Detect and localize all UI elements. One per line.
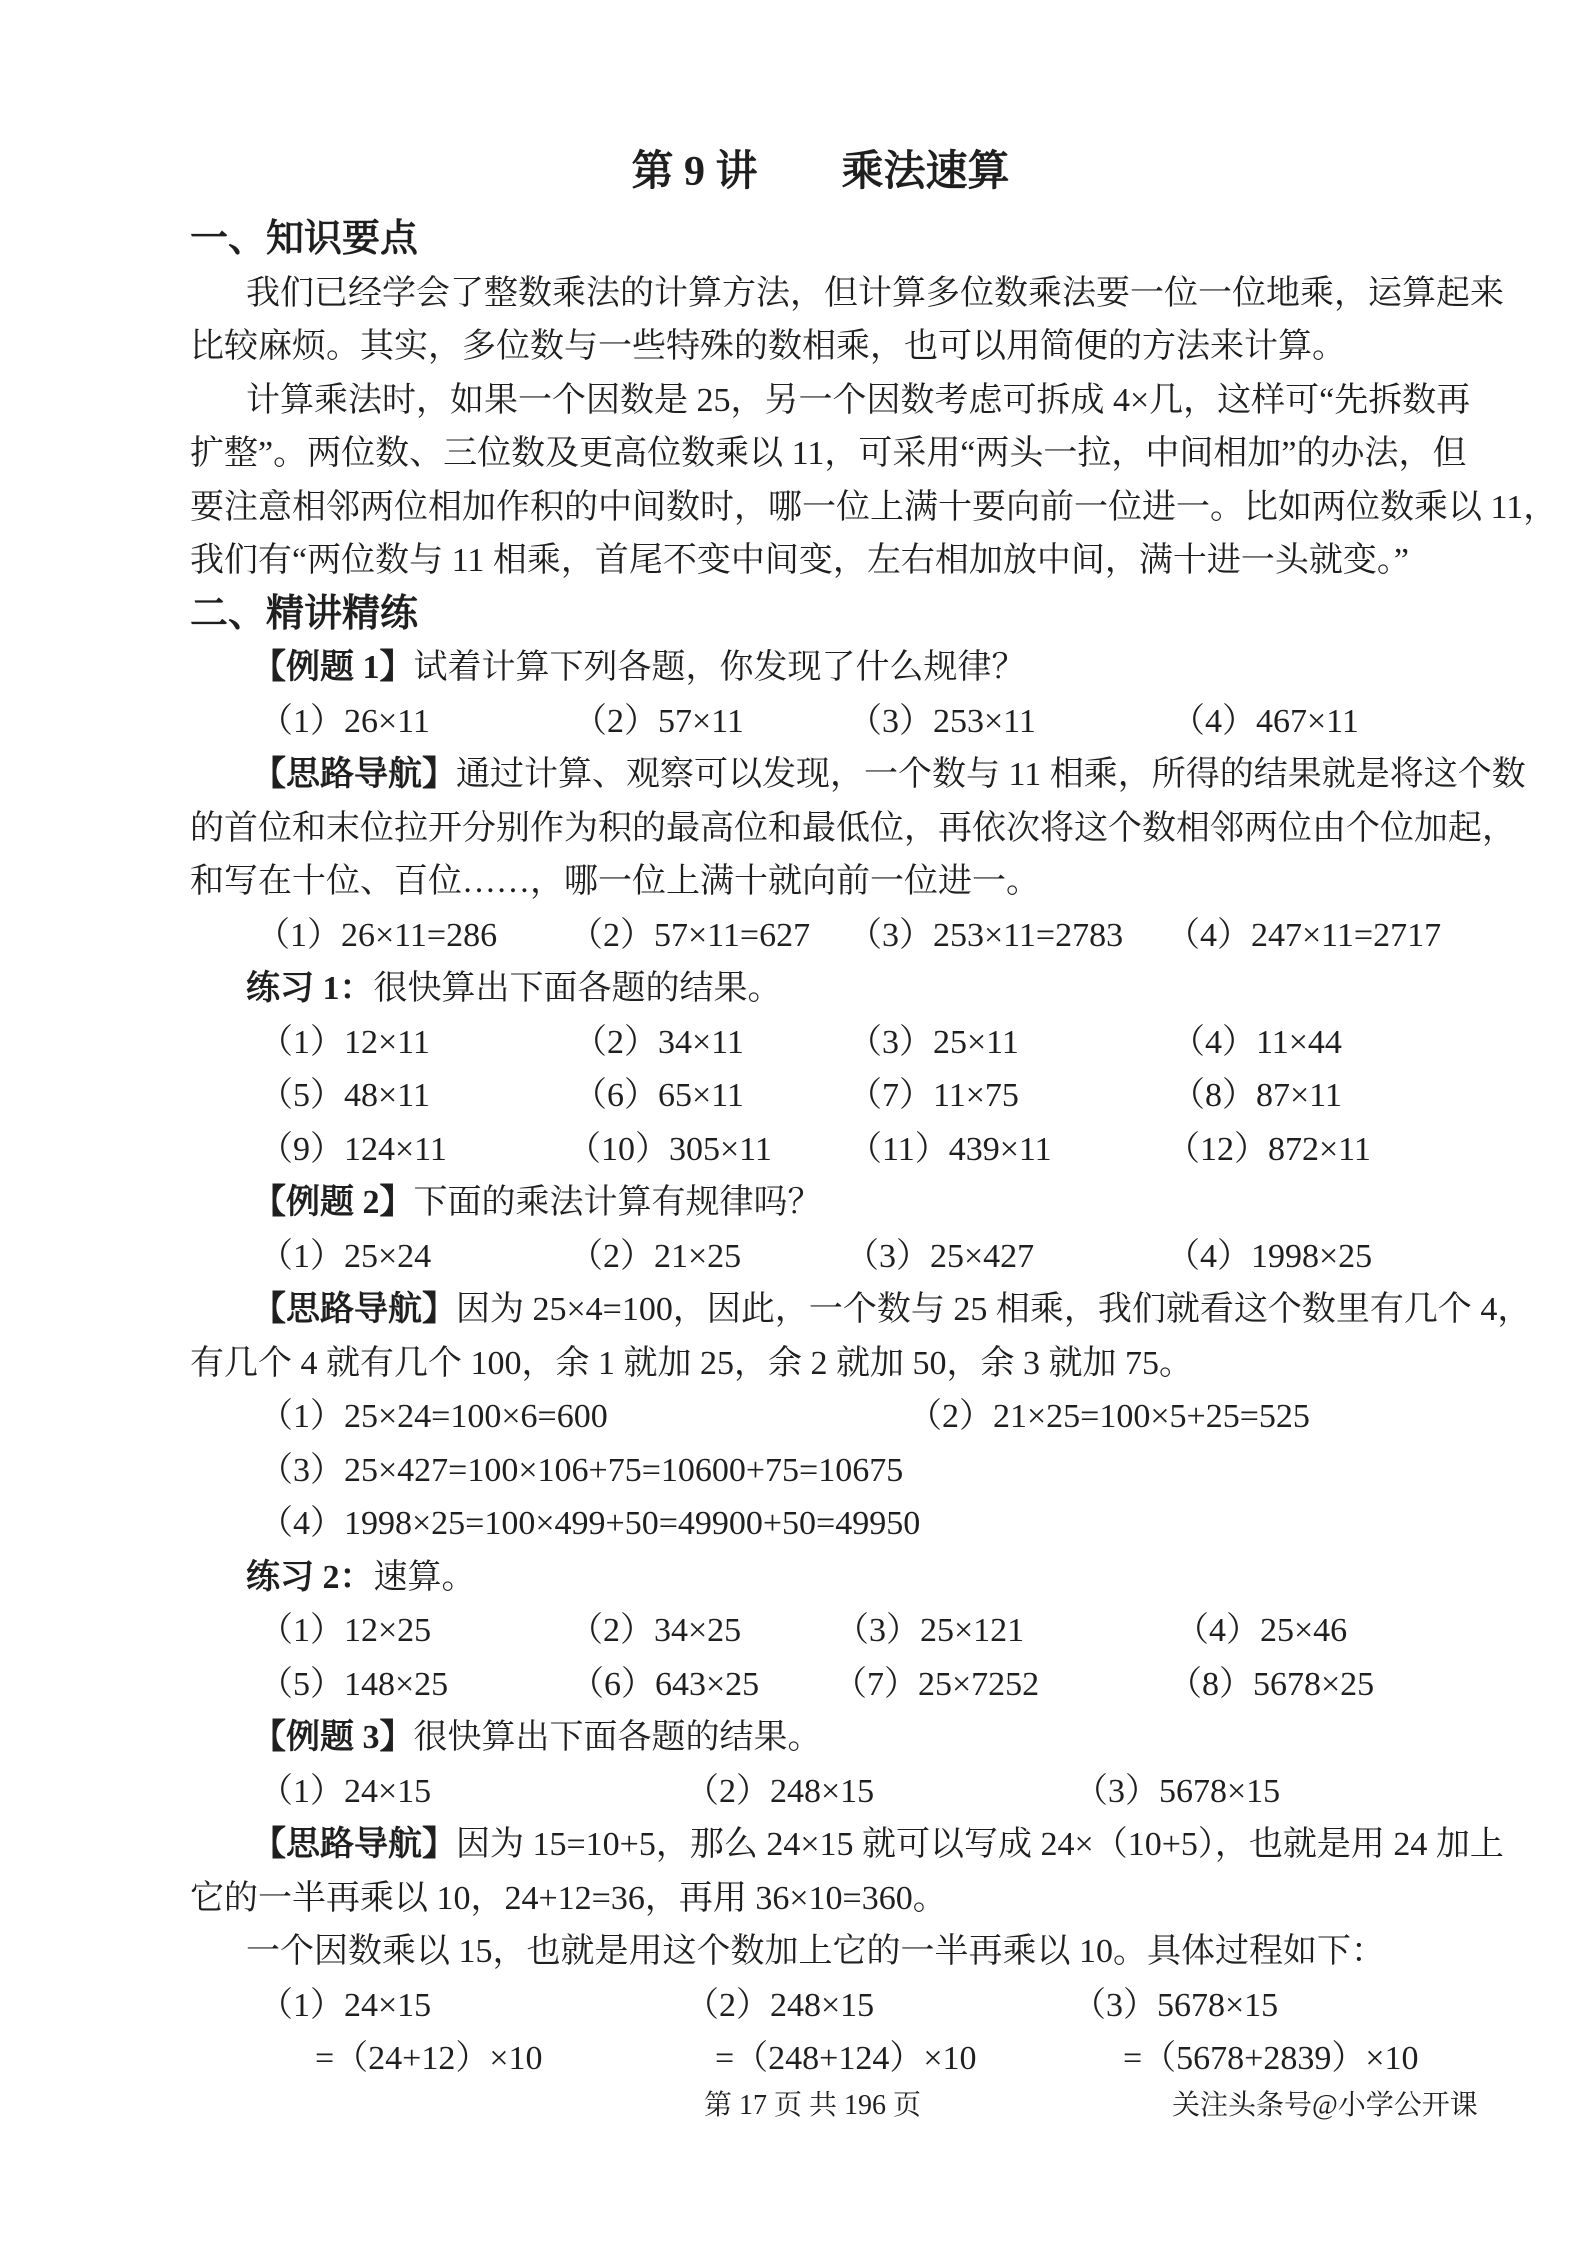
- problem-item: （9）124×11: [259, 1123, 447, 1177]
- problem-item: （3）253×11: [848, 695, 1036, 749]
- problem-item: （2）57×11: [573, 695, 744, 749]
- problem-item: （6）643×25: [570, 1658, 759, 1712]
- problem-item: （1）24×15: [259, 1765, 431, 1819]
- drill1-tag: 练习 1：: [246, 970, 374, 1007]
- problem-item: （4）11×44: [1171, 1016, 1342, 1070]
- nav3-paragraph: 一个因数乘以 15，也就是用这个数加上它的一半再乘以 10。具体过程如下：: [0, 1925, 1587, 1979]
- drill2-prompt: 速算。: [374, 1559, 476, 1596]
- problem-item: （4）25×46: [1175, 1604, 1347, 1658]
- section-heading-knowledge: 一、知识要点: [0, 213, 1587, 267]
- paragraph-line: 比较麻烦。其实，多位数与一些特殊的数相乘，也可以用简便的方法来计算。: [0, 320, 1587, 374]
- problem-item: （5）148×25: [259, 1658, 448, 1712]
- paragraph-line: 计算乘法时，如果一个因数是 25，另一个因数考虑可拆成 4×几，这样可“先拆数再: [0, 374, 1587, 428]
- problem-item: （4）1998×25: [1166, 1230, 1372, 1284]
- step-item: （2）248×15: [685, 1979, 874, 2033]
- problem-item: （5）48×11: [259, 1069, 430, 1123]
- problem-item: （3）25×427: [845, 1230, 1034, 1284]
- paragraph-line: 要注意相邻两位相加作积的中间数时，哪一位上满十要向前一位进一。比如两位数乘以 1…: [0, 481, 1587, 535]
- nav1-line2: 的首位和末位拉开分别作为积的最高位和最低位，再依次将这个数相邻两位由个位加起，: [0, 802, 1587, 856]
- problem-item: （3）5678×15: [1074, 1765, 1280, 1819]
- nav2-text: 因为 25×4=100，因此，一个数与 25 相乘，我们就看这个数里有几个 4，: [456, 1291, 1531, 1328]
- paragraph-line: 我们有“两位数与 11 相乘，首尾不变中间变，左右相加放中间，满十进一头就变。”: [0, 534, 1587, 588]
- problem-item: （1）12×11: [259, 1016, 430, 1070]
- nav3-line1: 【思路导航】因为 15=10+5，那么 24×15 就可以写成 24×（10+5…: [0, 1818, 1587, 1872]
- answer-item: （2）21×25=100×5+25=525: [908, 1390, 1310, 1444]
- example1-heading: 【例题 1】试着计算下列各题，你发现了什么规律？: [0, 641, 1587, 695]
- drill1-prompt: 很快算出下面各题的结果。: [374, 970, 782, 1007]
- step-item: =（24+12）×10: [315, 2032, 543, 2086]
- problem-item: （7）25×7252: [833, 1658, 1039, 1712]
- nav2-line1: 【思路导航】因为 25×4=100，因此，一个数与 25 相乘，我们就看这个数里…: [0, 1283, 1587, 1337]
- example3-steps-row1: （1）24×15 （2）248×15 （3）5678×15: [0, 1979, 1587, 2033]
- problem-item: （2）248×15: [685, 1765, 874, 1819]
- problem-item: （6）65×11: [573, 1069, 744, 1123]
- example2-answer-row1: （1）25×24=100×6=600 （2）21×25=100×5+25=525: [0, 1390, 1587, 1444]
- problem-item: （1）25×24: [259, 1230, 431, 1284]
- problem-item: （2）21×25: [569, 1230, 741, 1284]
- example2-tag: 【例题 2】: [252, 1184, 414, 1221]
- example1-tag: 【例题 1】: [252, 649, 414, 686]
- drill1-row1: （1）12×11 （2）34×11 （3）25×11 （4）11×44: [0, 1016, 1587, 1070]
- example2-problem-row: （1）25×24 （2）21×25 （3）25×427 （4）1998×25: [0, 1230, 1587, 1284]
- nav3-tag: 【思路导航】: [252, 1826, 456, 1863]
- answer-item: （2）57×11=627: [569, 909, 810, 963]
- paragraph-line: 扩整”。两位数、三位数及更高位数乘以 11，可采用“两头一拉，中间相加”的办法，…: [0, 427, 1587, 481]
- problem-item: （8）5678×25: [1168, 1658, 1374, 1712]
- problem-item: （4）467×11: [1171, 695, 1359, 749]
- answer-item: （4）247×11=2717: [1166, 909, 1441, 963]
- step-item: （1）24×15: [259, 1979, 431, 2033]
- example2-answer-row2: （3）25×427=100×106+75=10600+75=10675: [0, 1444, 1587, 1498]
- section-heading-practice: 二、精讲精练: [0, 588, 1587, 642]
- example2-heading: 【例题 2】下面的乘法计算有规律吗？: [0, 1176, 1587, 1230]
- nav3-line2: 它的一半再乘以 10，24+12=36，再用 36×10=360。: [0, 1872, 1587, 1926]
- drill2-heading: 练习 2：速算。: [0, 1551, 1587, 1605]
- example3-steps-row2: =（24+12）×10 =（248+124）×10 =（5678+2839）×1…: [0, 2032, 1587, 2086]
- drill1-row3: （9）124×11 （10）305×11 （11）439×11 （12）872×…: [0, 1123, 1587, 1177]
- doc-body: 一、知识要点 我们已经学会了整数乘法的计算方法，但计算多位数乘法要一位一位地乘，…: [0, 213, 1587, 2086]
- page-footer: 第 17 页 共 196 页 关注头条号@小学公开课: [0, 2086, 1587, 2126]
- footer-credit: 关注头条号@小学公开课: [1172, 2086, 1478, 2126]
- nav3-text: 因为 15=10+5，那么 24×15 就可以写成 24×（10+5），也就是用…: [456, 1826, 1504, 1863]
- drill1-heading: 练习 1：很快算出下面各题的结果。: [0, 962, 1587, 1016]
- nav2-tag: 【思路导航】: [252, 1291, 456, 1328]
- paragraph-line: 我们已经学会了整数乘法的计算方法，但计算多位数乘法要一位一位地乘，运算起来: [0, 267, 1587, 321]
- nav1-line1: 【思路导航】通过计算、观察可以发现，一个数与 11 相乘，所得的结果就是将这个数: [0, 748, 1587, 802]
- nav1-tag: 【思路导航】: [252, 756, 456, 793]
- example1-problem-row: （1）26×11 （2）57×11 （3）253×11 （4）467×11: [0, 695, 1587, 749]
- problem-item: （1）12×25: [259, 1604, 431, 1658]
- drill2-row2: （5）148×25 （6）643×25 （7）25×7252 （8）5678×2…: [0, 1658, 1587, 1712]
- problem-item: （11）439×11: [848, 1123, 1052, 1177]
- answer-item: （3）253×11=2783: [848, 909, 1123, 963]
- nav1-line3: 和写在十位、百位……，哪一位上满十就向前一位进一。: [0, 855, 1587, 909]
- nav2-line2: 有几个 4 就有几个 100，余 1 就加 25，余 2 就加 50，余 3 就…: [0, 1337, 1587, 1391]
- problem-item: （8）87×11: [1171, 1069, 1342, 1123]
- example2-answer-row3: （4）1998×25=100×499+50=49900+50=49950: [0, 1497, 1587, 1551]
- problem-item: （12）872×11: [1166, 1123, 1371, 1177]
- example1-prompt: 试着计算下列各题，你发现了什么规律？: [414, 649, 1026, 686]
- nav1-text: 通过计算、观察可以发现，一个数与 11 相乘，所得的结果就是将这个数: [456, 756, 1526, 793]
- example3-heading: 【例题 3】很快算出下面各题的结果。: [0, 1711, 1587, 1765]
- drill1-row2: （5）48×11 （6）65×11 （7）11×75 （8）87×11: [0, 1069, 1587, 1123]
- document-page: 第 9 讲 乘法速算 一、知识要点 我们已经学会了整数乘法的计算方法，但计算多位…: [0, 0, 1587, 2245]
- problem-item: （3）25×121: [835, 1604, 1024, 1658]
- answer-item: （1）25×24=100×6=600: [259, 1390, 608, 1444]
- problem-item: （3）25×11: [848, 1016, 1019, 1070]
- example3-tag: 【例题 3】: [252, 1719, 414, 1756]
- problem-item: （2）34×11: [573, 1016, 744, 1070]
- problem-item: （1）26×11: [259, 695, 430, 749]
- footer-page-number: 第 17 页 共 196 页: [704, 2086, 921, 2126]
- drill2-tag: 练习 2：: [246, 1559, 374, 1596]
- doc-title: 第 9 讲 乘法速算: [0, 0, 1587, 196]
- step-item: （3）5678×15: [1072, 1979, 1278, 2033]
- example1-answer-row: （1）26×11=286 （2）57×11=627 （3）253×11=2783…: [0, 909, 1587, 963]
- answer-item: （1）26×11=286: [256, 909, 497, 963]
- example2-prompt: 下面的乘法计算有规律吗？: [414, 1184, 822, 1221]
- example3-problem-row: （1）24×15 （2）248×15 （3）5678×15: [0, 1765, 1587, 1819]
- example3-prompt: 很快算出下面各题的结果。: [414, 1719, 822, 1756]
- problem-item: （10）305×11: [567, 1123, 772, 1177]
- drill2-row1: （1）12×25 （2）34×25 （3）25×121 （4）25×46: [0, 1604, 1587, 1658]
- step-item: =（5678+2839）×10: [1123, 2032, 1419, 2086]
- step-item: =（248+124）×10: [715, 2032, 977, 2086]
- problem-item: （2）34×25: [569, 1604, 741, 1658]
- problem-item: （7）11×75: [848, 1069, 1019, 1123]
